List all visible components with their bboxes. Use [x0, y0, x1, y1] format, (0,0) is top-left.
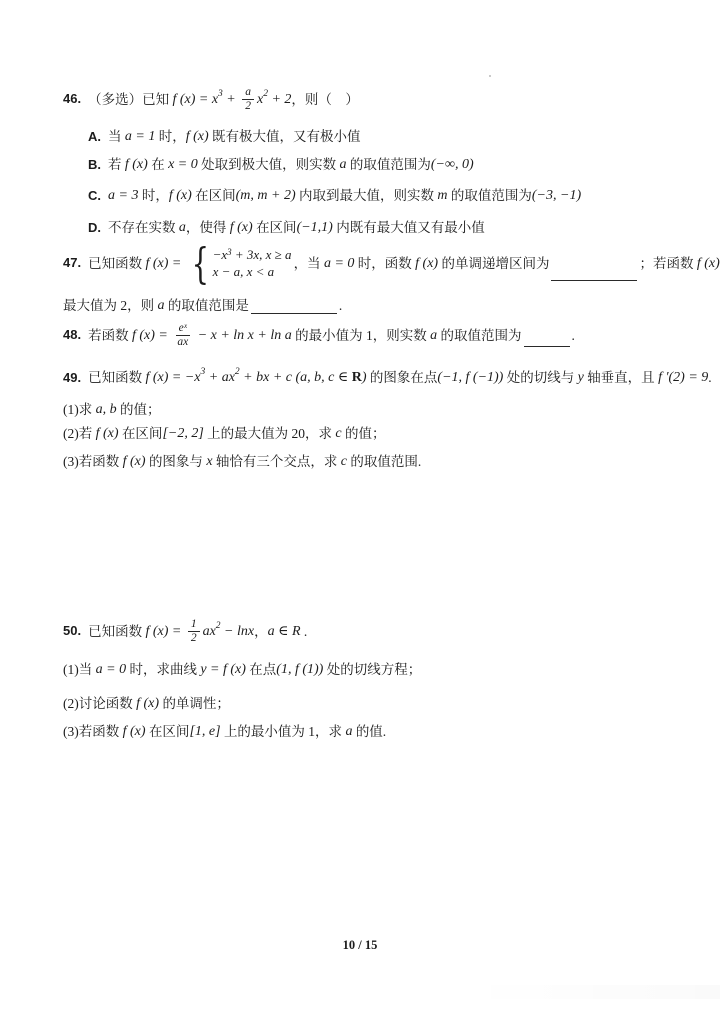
math-run: f (x) [186, 127, 209, 147]
option-d: D.不存在实数 a，使得 f (x) 在区间(−1,1) 内既有最大值又有最小值 [88, 218, 485, 238]
text-run: 内取到最大值，则实数 [296, 186, 438, 206]
math-run: + ax [205, 368, 235, 388]
text-run: 在区间 [192, 186, 236, 206]
math-run: f (x) [96, 424, 119, 444]
text-run: . [339, 296, 342, 316]
question-50-part-2: (2)讨论函数 f (x) 的单调性； [63, 694, 230, 714]
text-run: ，使得 [186, 218, 230, 238]
text-run: 不存在实数 [108, 218, 179, 238]
text-run: 时， [138, 186, 168, 206]
math-run: a [158, 296, 165, 316]
text-run: 的图象在点 [367, 368, 438, 388]
text-run: 已知函数 [88, 368, 145, 388]
text-run: 内既有最大值又有最小值 [333, 218, 485, 238]
fraction-denominator: 2 [242, 100, 254, 113]
fraction-numerator: 1 [188, 618, 200, 632]
math-run: (m, m + 2) [236, 186, 296, 206]
document-page: { "footer": { "page_label": "10 / 15" },… [0, 0, 720, 1018]
option-a: A.当 a = 1 时，f (x) 既有极大值，又有极小值 [88, 127, 361, 147]
math-run: a = 3 [108, 186, 138, 206]
text-run: 的取值范围为 [437, 326, 521, 346]
math-run: a = 0 [96, 660, 126, 680]
superscript: 2 [263, 88, 268, 102]
math-run: f (x) = [145, 622, 184, 642]
scan-dot-artifact [489, 75, 491, 77]
question-47-line-2: 最大值为 2，则 a 的取值范围是. [63, 296, 342, 316]
superscript: 3 [227, 247, 232, 257]
question-50-part-1: (1)当 a = 0 时，求曲线 y = f (x) 在点(1, f (1)) … [63, 660, 421, 680]
text-run: 上的最大值为 20，求 [204, 424, 336, 444]
scan-smudge-artifact [465, 985, 720, 999]
math-run: − lnx [221, 622, 255, 642]
text-run: 的取值范围为 [448, 186, 532, 206]
item-label: A. [88, 128, 101, 147]
text-run: 处的切线方程； [323, 660, 421, 680]
text-run: 时，求曲线 [126, 660, 200, 680]
math-run: a ∈ R [268, 622, 301, 642]
text-run: 上的最小值为 1，求 [221, 722, 346, 742]
fraction-numerator: eˣ [176, 322, 190, 336]
math-run: + 2 [268, 90, 291, 110]
text-run: 在 [148, 155, 168, 175]
fraction: eˣax [174, 322, 191, 349]
piecewise-row-2: x − a, x < a [213, 265, 292, 280]
math-run: (1, f (1)) [276, 660, 323, 680]
question-49: 49.已知函数 f (x) = −x3 + ax2 + bx + c (a, b… [63, 368, 712, 388]
answer-blank [524, 333, 570, 347]
item-label: C. [88, 187, 101, 206]
page-number: 10 / 15 [0, 938, 720, 953]
math-run: [−2, 2] [162, 424, 203, 444]
text-run: 若 [108, 155, 125, 175]
math-run: f (x) = [132, 326, 171, 346]
math-run: f (x) = x [172, 90, 218, 110]
text-run: ，则（ ） [291, 90, 359, 110]
math-run: f (x) [136, 694, 159, 714]
text-run: （多选）已知 [88, 90, 172, 110]
text-run: . [708, 368, 711, 388]
text-run: (1)求 [63, 400, 96, 420]
math-run: a = 1 [125, 127, 155, 147]
math-run: [1, e] [189, 722, 220, 742]
text-run: 已知函数 [88, 254, 145, 274]
answer-blank [551, 267, 637, 281]
math-run: a [179, 218, 186, 238]
math-bold-set-symbol: R [352, 368, 362, 388]
superscript: 2 [235, 366, 240, 380]
text-run: (3)若函数 [63, 452, 123, 472]
math-run: f (x) [415, 254, 438, 274]
text-run: 的取值范围. [347, 452, 421, 472]
question-49-part-1: (1)求 a, b 的值； [63, 400, 161, 420]
text-run: 时，函数 [354, 254, 415, 274]
math-run: (−3, −1) [532, 186, 581, 206]
text-run: 的值； [342, 424, 386, 444]
text-run: ， [254, 622, 268, 642]
superscript: 3 [201, 366, 206, 380]
item-label: 46. [63, 90, 81, 109]
math-run: − x + ln x + ln a [194, 326, 292, 346]
piecewise-cases: {−x3 + 3x, x ≥ ax − a, x < a [187, 245, 292, 283]
superscript: 2 [216, 620, 221, 634]
text-run: 既有极大值，又有极小值 [209, 127, 361, 147]
fraction: 12 [188, 618, 200, 645]
text-run: 轴恰有三个交点，求 [213, 452, 341, 472]
question-48: 48.若函数 f (x) = eˣax − x + ln x + ln a 的最… [63, 322, 575, 349]
math-run: f (x) = −x [145, 368, 200, 388]
answer-blank [251, 300, 337, 314]
text-run: 的最小值为 1，则实数 [292, 326, 430, 346]
math-run: f ′(2) = 9 [658, 368, 708, 388]
text-run: (3)若函数 [63, 722, 123, 742]
question-50-part-3: (3)若函数 f (x) 在区间[1, e] 上的最小值为 1，求 a 的值. [63, 722, 386, 742]
item-label: B. [88, 156, 101, 175]
text-run: 的取值范围为 [346, 155, 430, 175]
math-run: f (x) [125, 155, 148, 175]
math-run: a = 0 [324, 254, 354, 274]
math-run: −x [213, 247, 228, 262]
text-run: (2)若 [63, 424, 96, 444]
math-run: a [345, 722, 352, 742]
math-run: a, b [96, 400, 117, 420]
fraction: a2 [242, 86, 254, 113]
text-run: ；若函数 [639, 254, 696, 274]
piecewise-row-1: −x3 + 3x, x ≥ a [213, 248, 292, 263]
math-run: f (x) [697, 254, 720, 274]
text-run: 最大值为 2，则 [63, 296, 158, 316]
fraction-numerator: a [242, 86, 254, 100]
text-run: 的值. [352, 722, 386, 742]
item-label: 50. [63, 622, 81, 641]
text-run: 的单调递增区间为 [438, 254, 549, 274]
math-run: f (x) [123, 722, 146, 742]
text-run: (2)讨论函数 [63, 694, 136, 714]
text-run: 的取值范围是 [165, 296, 249, 316]
superscript: 3 [218, 88, 223, 102]
fraction-denominator: 2 [188, 632, 200, 645]
option-b: B.若 f (x) 在 x = 0 处取到极大值，则实数 a 的取值范围为(−∞… [88, 155, 474, 175]
text-run: 在区间 [253, 218, 297, 238]
math-run: m [437, 186, 447, 206]
piecewise-rows: −x3 + 3x, x ≥ ax − a, x < a [213, 248, 292, 281]
text-run: 当 [108, 127, 125, 147]
text-run: 在点 [246, 660, 276, 680]
math-run: + [223, 90, 239, 110]
text-run: ，当 [294, 254, 324, 274]
math-run: f (x) [169, 186, 192, 206]
text-run: 若函数 [88, 326, 132, 346]
math-run: a [339, 155, 346, 175]
left-brace-icon: { [192, 245, 209, 283]
text-run: 处的切线与 [503, 368, 577, 388]
fraction-denominator: ax [174, 336, 191, 349]
test-paper-page: 46.（多选）已知 f (x) = x3 + a2x2 + 2，则（ ） A.当… [0, 0, 720, 1018]
question-49-part-3: (3)若函数 f (x) 的图象与 x 轴恰有三个交点，求 c 的取值范围. [63, 452, 421, 472]
math-run: + 3x, x ≥ a [232, 247, 292, 262]
text-run: 的单调性； [159, 694, 230, 714]
math-run: (−∞, 0) [431, 155, 474, 175]
text-run: 处取到极大值，则实数 [198, 155, 340, 175]
math-run: f (x) [123, 452, 146, 472]
text-run: 时， [155, 127, 185, 147]
math-run: x = 0 [168, 155, 198, 175]
math-run: a [430, 326, 437, 346]
text-run: 在区间 [119, 424, 163, 444]
text-run: . [572, 326, 575, 346]
math-run: x − a, x < a [213, 264, 275, 279]
math-run: (−1,1) [297, 218, 333, 238]
text-run: 在区间 [146, 722, 190, 742]
math-run: ax [203, 622, 216, 642]
question-49-part-2: (2)若 f (x) 在区间[−2, 2] 上的最大值为 20，求 c 的值； [63, 424, 386, 444]
text-run: . [301, 622, 308, 642]
text-run: 已知函数 [88, 622, 145, 642]
option-c: C.a = 3 时，f (x) 在区间(m, m + 2) 内取到最大值，则实数… [88, 186, 581, 206]
item-label: 49. [63, 369, 81, 388]
item-label: D. [88, 219, 101, 238]
text-run: 轴垂直，且 [584, 368, 658, 388]
question-46: 46.（多选）已知 f (x) = x3 + a2x2 + 2，则（ ） [63, 86, 359, 113]
math-run: y = f (x) [200, 660, 246, 680]
math-run: f (x) = [145, 254, 184, 274]
math-run: (−1, f (−1)) [437, 368, 503, 388]
math-run: + bx + c (a, b, c ∈ [240, 368, 352, 388]
item-label: 47. [63, 254, 81, 273]
text-run: 的值； [117, 400, 161, 420]
text-run: 的图象与 [146, 452, 207, 472]
question-50: 50.已知函数 f (x) = 12ax2 − lnx，a ∈ R . [63, 618, 307, 645]
math-run: f (x) [230, 218, 253, 238]
question-47-line-1: 47.已知函数 f (x) = {−x3 + 3x, x ≥ ax − a, x… [63, 245, 720, 283]
text-run: (1)当 [63, 660, 96, 680]
item-label: 48. [63, 326, 81, 345]
